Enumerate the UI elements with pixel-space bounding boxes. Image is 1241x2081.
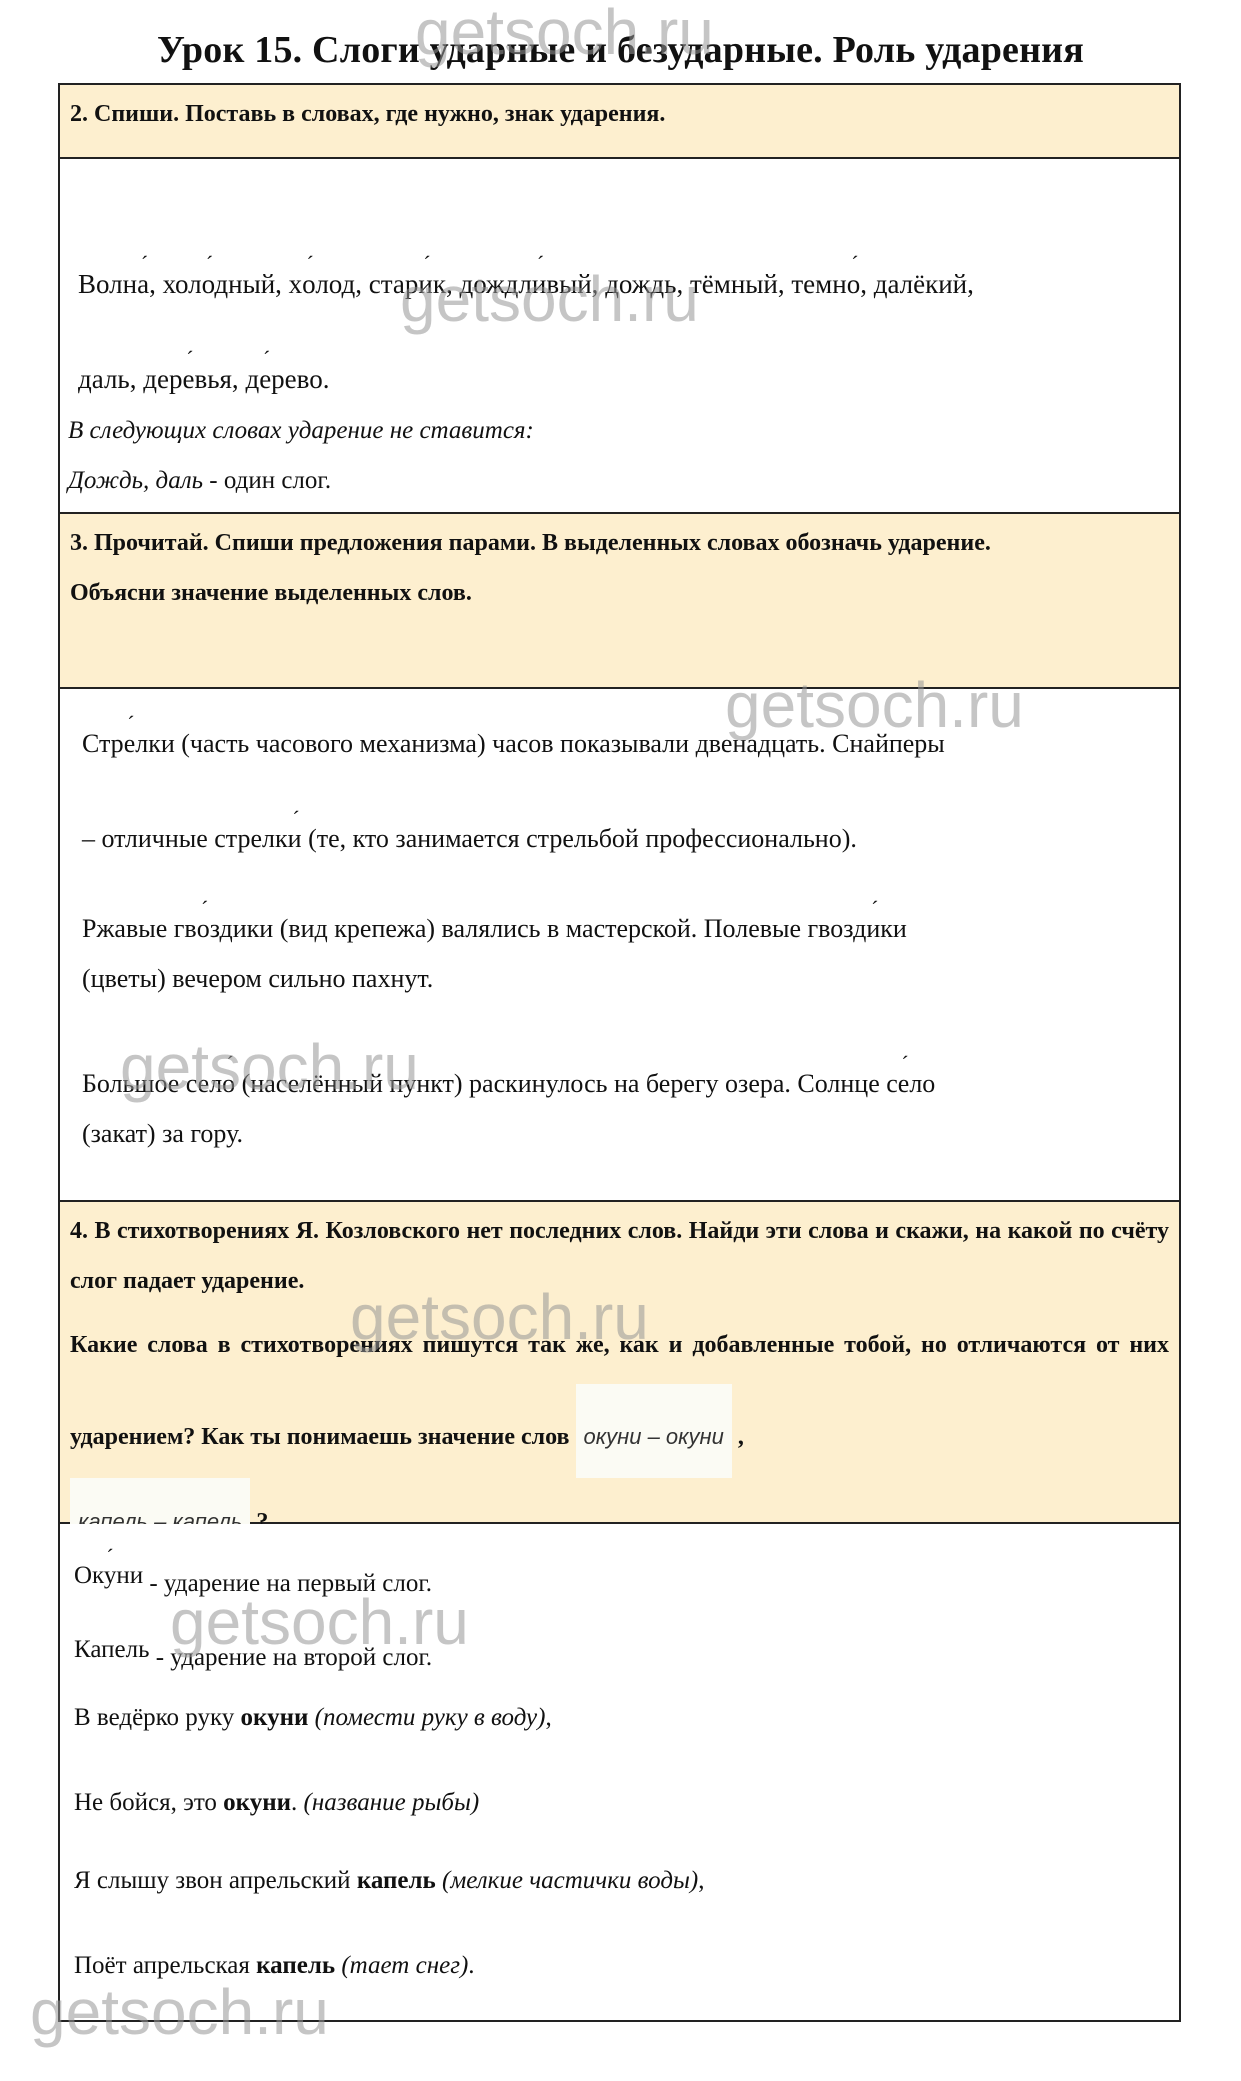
stress-mark: е bbox=[182, 364, 194, 394]
task3-instruction-2: Объясни значение выделенных слов. bbox=[70, 568, 1169, 618]
stress-mark: о bbox=[202, 269, 215, 299]
poem-line-1: В ведёрко руку окуни (помести руку в вод… bbox=[74, 1704, 552, 1732]
word-part: х bbox=[289, 269, 303, 299]
stress-mark: и bbox=[532, 269, 546, 299]
word-part: темн bbox=[791, 269, 846, 299]
word-part: далёкий, bbox=[874, 269, 974, 299]
word-part: Волн bbox=[78, 269, 137, 299]
answer-text: - ударение на первый слог. bbox=[143, 1570, 432, 1597]
poem-line-2: Не бойся, это окуни. (название рыбы) bbox=[74, 1789, 479, 1817]
stress-mark: о bbox=[222, 1069, 235, 1098]
task3-instruction: 3. Прочитай. Спиши предложения парами. В… bbox=[70, 518, 1169, 568]
task3-header: 3. Прочитай. Спиши предложения парами. В… bbox=[60, 514, 1179, 689]
target-word: капель bbox=[357, 1867, 436, 1894]
punct: . bbox=[291, 1789, 304, 1816]
s5-post: ло bbox=[909, 1069, 935, 1098]
word-part: даль, дер bbox=[78, 364, 182, 394]
stress-mark: о bbox=[302, 269, 315, 299]
meaning: (мелкие частички воды) bbox=[436, 1867, 699, 1894]
task4-instruction-2: Какие слова в стихотворениях пишутся так… bbox=[70, 1306, 1169, 1478]
answer-okuni: Окуни - ударение на первый слог. bbox=[74, 1562, 432, 1590]
stress-mark: е bbox=[124, 729, 136, 758]
word-part: хол bbox=[163, 269, 202, 299]
comma: , bbox=[738, 1424, 744, 1450]
punct: , bbox=[698, 1867, 704, 1894]
task4-header: 4. В стихотворениях Я. Козловского нет п… bbox=[60, 1202, 1179, 1524]
task3-answer: Стрелки (часть часового механизма) часов… bbox=[60, 689, 1179, 1202]
text: Поёт апрельская bbox=[74, 1952, 256, 1979]
s1-post: лки (часть часового механизма) часов пок… bbox=[135, 729, 945, 758]
answer-kapel: Капель - ударение на второй слог. bbox=[74, 1636, 432, 1664]
stress-mark: и bbox=[288, 824, 302, 853]
stress-mark: и bbox=[866, 914, 880, 943]
word-part: рево. bbox=[271, 364, 329, 394]
text: Я слышу звон апрельский bbox=[74, 1867, 357, 1894]
s2-post: (те, кто занимается стрельбой профессион… bbox=[302, 824, 857, 853]
poem-line-4: Поёт апрельская капель (тает снег). bbox=[74, 1952, 475, 1980]
answer-text: - ударение на второй слог. bbox=[149, 1644, 432, 1671]
task4-instruction: 4. В стихотворениях Я. Козловского нет п… bbox=[70, 1206, 1169, 1306]
word-part: д bbox=[245, 364, 259, 394]
task2-words-line1: Волна, холодный, холод, старик, дождливы… bbox=[78, 269, 974, 300]
task3-sentence-1: Стрелки (часть часового механизма) часов… bbox=[82, 729, 945, 759]
punct: . bbox=[468, 1952, 474, 1979]
s1-pre: Стр bbox=[82, 729, 124, 758]
s3-mid: здики (вид крепежа) валялись в мастерско… bbox=[210, 914, 867, 943]
page-title: Урок 15. Слоги ударные и безударные. Рол… bbox=[0, 28, 1241, 72]
word-part: , bbox=[149, 269, 163, 299]
meaning: (помести руку в воду) bbox=[308, 1704, 545, 1731]
stressed-word: Капель bbox=[74, 1636, 149, 1663]
task2-note-heading: В следующих словах ударение не ставится: bbox=[68, 417, 534, 445]
target-word: окуни bbox=[241, 1704, 309, 1731]
task2-note1: Дождь, даль - один слог. bbox=[68, 467, 331, 495]
stress-mark: а bbox=[137, 269, 149, 299]
exercise-table: 2. Спиши. Поставь в словах, где нужно, з… bbox=[58, 83, 1181, 2022]
okuni-chip: окуни – окуни bbox=[576, 1384, 732, 1478]
stress-mark: о bbox=[197, 914, 210, 943]
s5-mid: (населённый пункт) раскинулось на берегу… bbox=[235, 1069, 898, 1098]
s3-post: ки bbox=[880, 914, 907, 943]
s5-pre: Большое сел bbox=[82, 1069, 222, 1098]
word-part: дождь, тёмный, bbox=[605, 269, 791, 299]
note1-words: Дождь, даль bbox=[68, 467, 203, 494]
s2-pre: – отличные стрелк bbox=[82, 824, 288, 853]
stress-mark: е bbox=[259, 364, 271, 394]
text: В ведёрко руку bbox=[74, 1704, 241, 1731]
task3-sentence-4: (цветы) вечером сильно пахнут. bbox=[82, 964, 433, 994]
target-word: капель bbox=[256, 1952, 335, 1979]
word-part: дождл bbox=[459, 269, 531, 299]
stressed-word: Окуни bbox=[74, 1562, 143, 1589]
word-part: лод, bbox=[315, 269, 368, 299]
meaning: (название рыбы) bbox=[304, 1789, 480, 1816]
note1-reason: - один слог. bbox=[203, 467, 331, 494]
task2-answer: Волна, холодный, холод, старик, дождливы… bbox=[60, 159, 1179, 514]
meaning: (тает снег) bbox=[335, 1952, 468, 1979]
target-word: окуни bbox=[223, 1789, 291, 1816]
word-part: стар bbox=[369, 269, 419, 299]
task3-sentence-6: (закат) за гору. bbox=[82, 1119, 243, 1149]
s3-pre: Ржавые гв bbox=[82, 914, 197, 943]
word-part: к, bbox=[433, 269, 460, 299]
task2-header: 2. Спиши. Поставь в словах, где нужно, з… bbox=[60, 85, 1179, 159]
word-part: , bbox=[860, 269, 874, 299]
stress-mark: о bbox=[847, 269, 861, 299]
word-part: дный, bbox=[214, 269, 288, 299]
stress-mark: е bbox=[898, 1069, 910, 1098]
task3-sentence-2: – отличные стрелки (те, кто занимается с… bbox=[82, 824, 857, 854]
punct: , bbox=[545, 1704, 551, 1731]
task3-sentence-3: Ржавые гвоздики (вид крепежа) валялись в… bbox=[82, 914, 907, 944]
task3-sentence-5: Большое село (населённый пункт) раскинул… bbox=[82, 1069, 935, 1099]
word-part: вья, bbox=[194, 364, 245, 394]
text: Не бойся, это bbox=[74, 1789, 223, 1816]
stress-mark: и bbox=[418, 269, 432, 299]
task2-instruction: 2. Спиши. Поставь в словах, где нужно, з… bbox=[70, 101, 665, 127]
task2-words-line2: даль, деревья, дерево. bbox=[78, 364, 329, 395]
poem-line-3: Я слышу звон апрельский капель (мелкие ч… bbox=[74, 1867, 705, 1895]
task4-answer: Окуни - ударение на первый слог. Капель … bbox=[60, 1524, 1179, 2020]
word-part: вый, bbox=[546, 269, 605, 299]
